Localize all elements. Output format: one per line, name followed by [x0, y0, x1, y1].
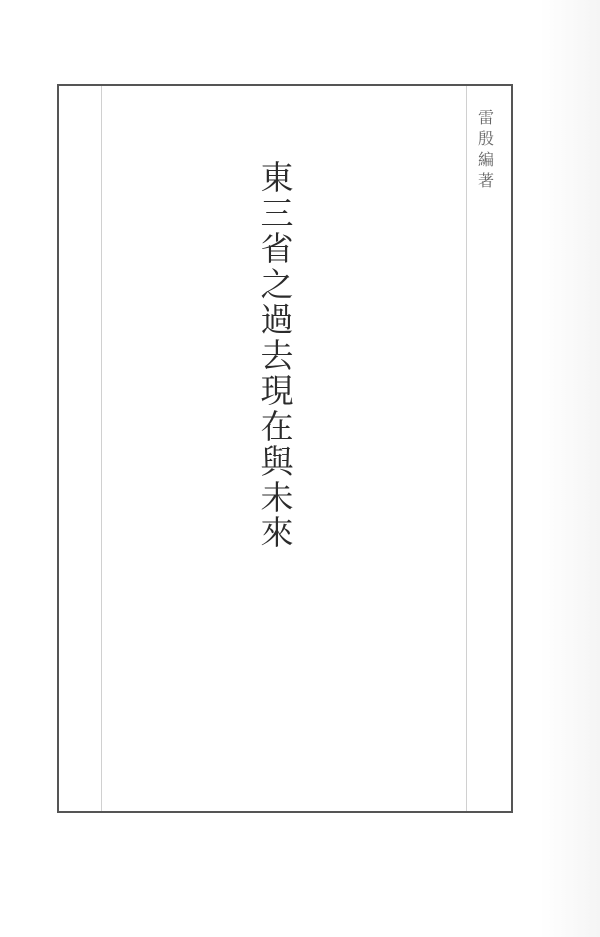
title-char: 過: [261, 302, 294, 338]
title-char: 現: [261, 373, 294, 409]
author-char: 編: [478, 149, 494, 170]
title-char: 在: [261, 409, 294, 445]
author-char: 雷: [478, 107, 494, 128]
title-char: 省: [261, 231, 294, 267]
author-line: 雷殷編著: [475, 107, 497, 191]
title-char: 之: [261, 267, 294, 303]
inner-rule-right: [466, 86, 467, 811]
title-char: 三: [261, 196, 294, 232]
title-char: 去: [261, 338, 294, 374]
page-edge-shade: [540, 0, 600, 937]
author-char: 殷: [478, 128, 494, 149]
title-char: 與: [261, 444, 294, 480]
title-char: 未: [261, 480, 294, 516]
inner-rule-left: [101, 86, 102, 811]
title-char: 來: [261, 515, 294, 551]
author-char: 著: [478, 170, 494, 191]
book-title: 東三省之過去現在與未來: [252, 160, 302, 551]
title-char: 東: [261, 160, 294, 196]
